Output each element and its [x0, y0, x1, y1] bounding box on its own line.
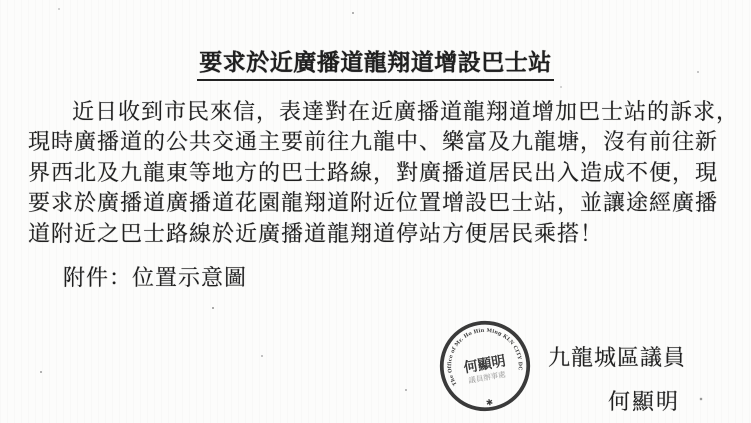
- body-line: 現時廣播道的公共交通主要前往九龍中、樂富及九龍塘，沒有前往新: [28, 127, 722, 157]
- letter-body: 近日收到市民來信，表達對在近廣播道龍翔道增加巴士站的訴求， 現時廣播道的公共交通…: [28, 97, 722, 249]
- body-line: 道附近之巴士路線於近廣播道龍翔道停站方便居民乘搭！: [28, 219, 722, 249]
- signature-title: 九龍城區議員: [548, 341, 686, 372]
- signature-name: 何顯明: [608, 385, 680, 416]
- letter-title-row: 要求於近廣播道龍翔道增設巴士站: [0, 44, 751, 81]
- body-line: 近日收到市民來信，表達對在近廣播道龍翔道增加巴士站的訴求，: [28, 97, 722, 127]
- scanned-letter-page: 要求於近廣播道龍翔道增設巴士站 近日收到市民來信，表達對在近廣播道龍翔道增加巴士…: [0, 0, 751, 423]
- stamp-star-icon: ✱: [485, 397, 494, 408]
- attachment-note: 附件：位置示意圖: [63, 261, 247, 292]
- body-line: 界西北及九龍東等地方的巴士路線，對廣播道居民出入造成不便，現: [28, 158, 722, 188]
- letter-title: 要求於近廣播道龍翔道增設巴士站: [197, 44, 554, 81]
- councillor-stamp-icon: The Office of Mr. Ho Hin Ming KLN CITY D…: [431, 312, 540, 421]
- body-line: 要求於廣播道廣播道花園龍翔道附近位置增設巴士站，並讓途經廣播: [28, 188, 722, 218]
- scan-speckles: [0, 0, 2, 2]
